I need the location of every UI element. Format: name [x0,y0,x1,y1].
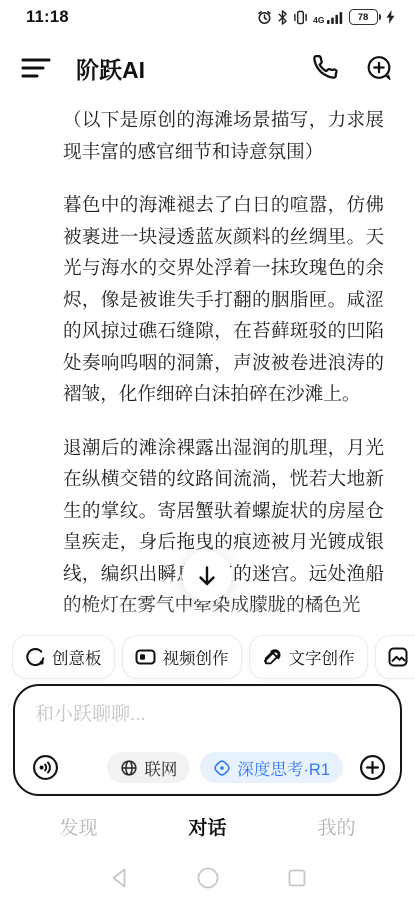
image-create-icon [388,647,408,667]
android-nav-bar [0,856,415,900]
chip-label: 文字创作 [289,645,355,669]
voice-icon [32,754,59,781]
vibrate-icon [293,10,308,25]
deep-think-toggle[interactable]: 深度思考·R1 [200,752,343,783]
home-circle-icon [196,866,220,890]
plus-icon [359,754,386,781]
status-time: 11:18 [26,8,69,27]
status-bar: 11:18 4G [0,0,415,34]
page-title: 阶跃AI [76,52,145,85]
new-chat-button[interactable] [364,53,394,83]
chip-help-me[interactable]: 帮我 [375,635,415,679]
chip-text-create[interactable]: 文字创作 [249,635,368,679]
web-search-toggle[interactable]: 联网 [107,752,190,783]
tab-discover[interactable]: 发现 [14,808,143,846]
signal-4g-icon: 4G [313,11,343,24]
composer-toolbar: 联网 深度思考·R1 [32,752,386,783]
deep-think-label: 深度思考·R1 [237,756,330,780]
chip-creative-board[interactable]: 创意板 [12,635,115,679]
battery-icon: 78 [349,9,382,25]
message-paragraph: （以下是原创的海滩场景描写，力求展现丰富的感官细节和诗意氛围） [63,104,384,167]
composer: 联网 深度思考·R1 [13,684,402,796]
menu-button[interactable] [21,55,51,81]
globe-icon [120,759,138,777]
android-back-button[interactable] [106,865,132,891]
menu-icon [21,56,51,80]
phone-call-icon [312,55,338,81]
new-chat-icon [365,54,394,83]
attachment-button[interactable] [359,754,386,781]
tab-chat[interactable]: 对话 [143,808,272,846]
arrow-down-icon [195,564,219,588]
tab-mine[interactable]: 我的 [272,808,401,846]
message-paragraph: 暮色中的海滩褪去了白日的喧嚣，仿佛被裹进一块浸透蓝灰颜料的丝绸里。天光与海水的交… [63,189,384,410]
deep-think-icon [213,759,231,777]
chip-label: 视频创作 [163,645,229,669]
app-screen: 11:18 4G [0,0,415,900]
back-triangle-icon [109,867,129,889]
scroll-to-bottom-button[interactable] [182,551,232,601]
chip-video-create[interactable]: 视频创作 [122,635,242,679]
android-home-button[interactable] [195,865,221,891]
android-recents-button[interactable] [284,865,310,891]
network-type-label: 4G [313,16,324,24]
charging-icon [386,10,395,24]
tab-bar: 发现 对话 我的 [0,808,415,846]
text-create-icon [262,647,282,667]
status-icons: 4G 78 [257,9,395,25]
header: 阶跃AI [0,44,415,92]
quick-actions-row: 创意板 视频创作 文字创作 [12,635,415,681]
voice-input-button[interactable] [32,754,59,781]
chat-input[interactable] [35,699,375,743]
chip-label: 创意板 [52,645,102,669]
recents-square-icon [287,868,307,888]
web-search-label: 联网 [144,756,177,780]
creative-board-icon [25,647,45,667]
alarm-icon [257,10,272,25]
battery-percent: 78 [358,12,369,23]
video-create-icon [135,647,156,667]
bluetooth-icon [277,10,288,25]
voice-call-button[interactable] [310,53,340,83]
